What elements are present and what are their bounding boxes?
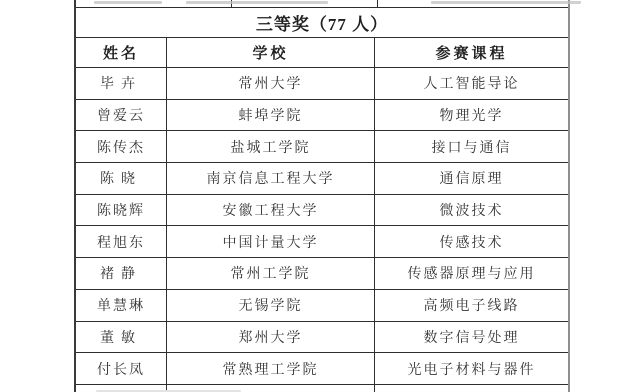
document-page: 三等奖（77 人） 姓名 学校 参赛课程 毕卉 常州大学 人工智能导论 曾爱云 …	[0, 0, 642, 392]
previous-row-cutoff	[76, 0, 568, 8]
school-cell: 常州大学	[167, 68, 375, 99]
name-cell: 程旭东	[76, 226, 167, 257]
school-cell: 中国计量大学	[167, 226, 375, 257]
table-row: 陈晓辉 安徽工程大学 微波技术	[76, 195, 568, 227]
school-cell: 无锡学院	[167, 290, 375, 321]
table-row: 付长凤 常熟理工学院 光电子材料与器件	[76, 353, 568, 385]
name-cell: 单慧琳	[76, 290, 167, 321]
cutoff-text-remnant	[94, 1, 162, 4]
course-cell: 物理光学	[375, 100, 568, 131]
cutoff-text-remnant	[431, 1, 581, 4]
course-cell: 人工智能导论	[375, 68, 568, 99]
school-cell: 安徽工程大学	[167, 195, 375, 226]
course-cell: 光电子材料与器件	[375, 353, 568, 384]
name-cell: 董敏	[76, 322, 167, 353]
course-cell: 通信原理	[375, 163, 568, 194]
next-row-cutoff	[76, 385, 568, 392]
column-header-school: 学校	[167, 38, 375, 67]
name-cell: 陈晓辉	[76, 195, 167, 226]
table-row: 曾爱云 蚌埠学院 物理光学	[76, 100, 568, 132]
name-cell: 褚静	[76, 258, 167, 289]
name-cell: 陈传杰	[76, 131, 167, 162]
school-cell: 盐城工学院	[167, 131, 375, 162]
name-cell: 陈晓	[76, 163, 167, 194]
school-cell: 南京信息工程大学	[167, 163, 375, 194]
section-title: 三等奖（77 人）	[76, 10, 568, 35]
name-cell: 曾爱云	[76, 100, 167, 131]
table-row: 褚静 常州工学院 传感器原理与应用	[76, 258, 568, 290]
table-row: 单慧琳 无锡学院 高频电子线路	[76, 290, 568, 322]
table-row: 董敏 郑州大学 数字信号处理	[76, 322, 568, 354]
school-cell: 常州工学院	[167, 258, 375, 289]
third-prize-awards-table: 三等奖（77 人） 姓名 学校 参赛课程 毕卉 常州大学 人工智能导论 曾爱云 …	[74, 0, 570, 392]
course-cell: 微波技术	[375, 195, 568, 226]
table-row: 陈传杰 盐城工学院 接口与通信	[76, 131, 568, 163]
table-row: 程旭东 中国计量大学 传感技术	[76, 226, 568, 258]
school-cell: 蚌埠学院	[167, 100, 375, 131]
column-header-name: 姓名	[76, 38, 167, 67]
table-row: 陈晓 南京信息工程大学 通信原理	[76, 163, 568, 195]
empty-cell	[375, 385, 568, 392]
course-cell: 高频电子线路	[375, 290, 568, 321]
table-section-title-row: 三等奖（77 人）	[76, 8, 568, 38]
column-header-course: 参赛课程	[375, 38, 568, 67]
cutoff-text-remnant	[186, 1, 328, 4]
course-cell: 数字信号处理	[375, 322, 568, 353]
course-cell: 传感器原理与应用	[375, 258, 568, 289]
school-cell: 郑州大学	[167, 322, 375, 353]
table-header-row: 姓名 学校 参赛课程	[76, 38, 568, 68]
course-cell: 传感技术	[375, 226, 568, 257]
table-row: 毕卉 常州大学 人工智能导论	[76, 68, 568, 100]
name-cell: 付长凤	[76, 353, 167, 384]
course-cell: 接口与通信	[375, 131, 568, 162]
school-cell: 常熟理工学院	[167, 353, 375, 384]
name-cell: 毕卉	[76, 68, 167, 99]
column-divider	[377, 0, 378, 7]
